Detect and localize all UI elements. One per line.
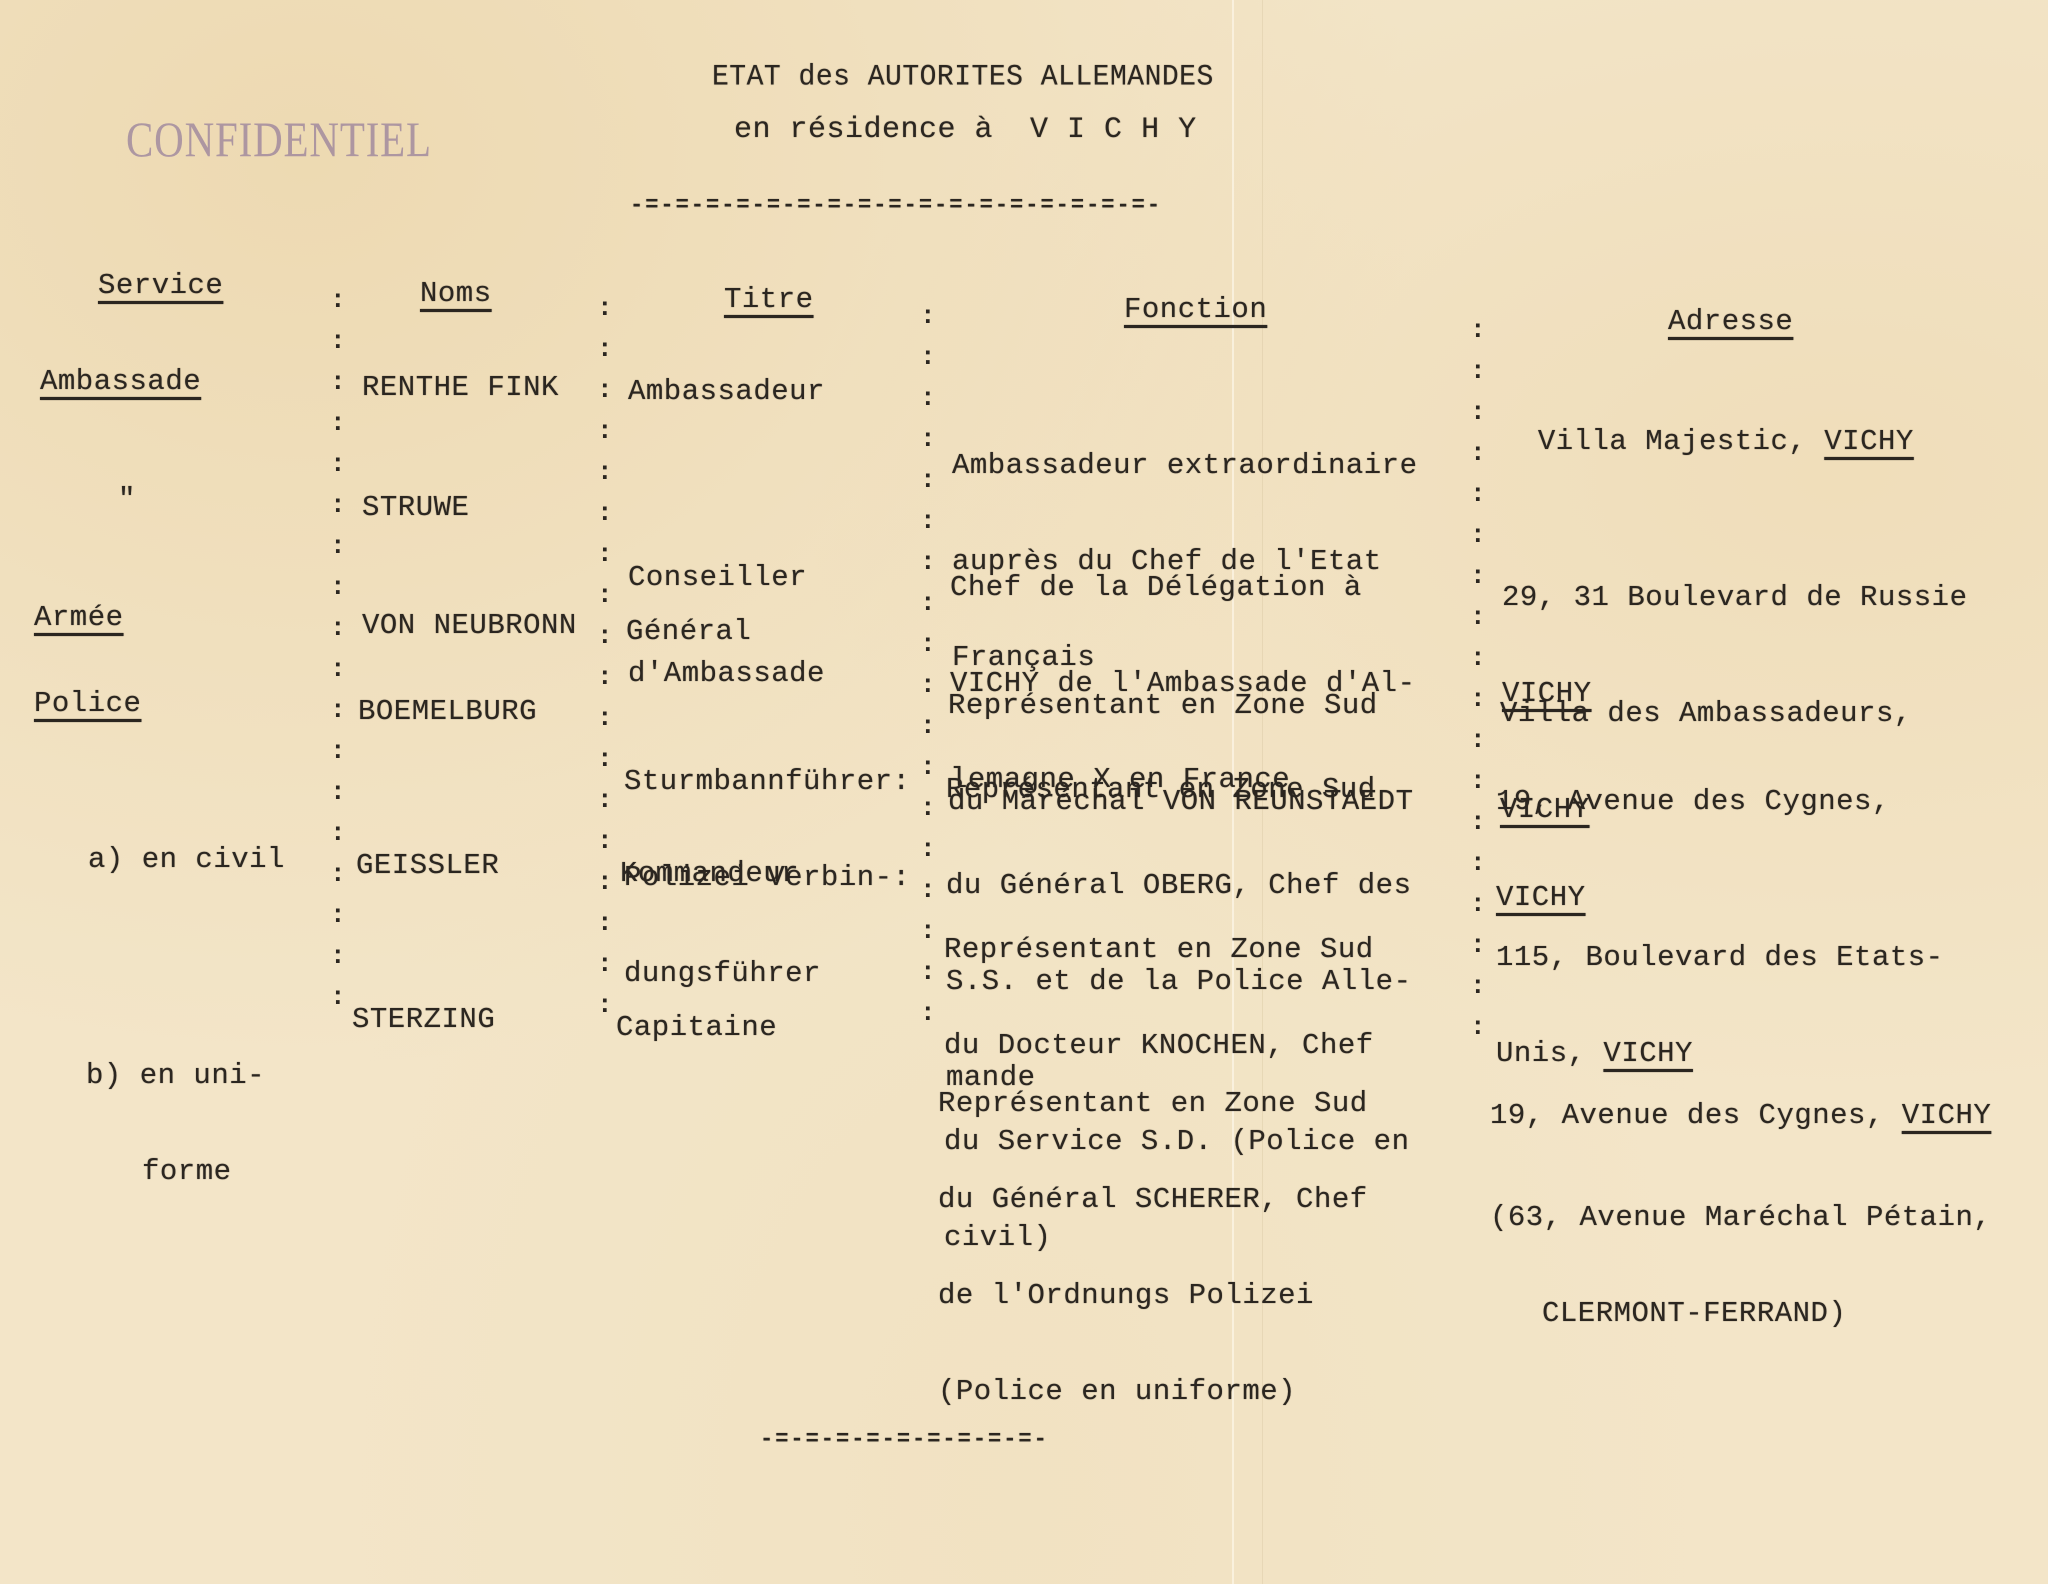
separator-dot: :: [597, 575, 607, 616]
nom-von-neubronn: VON NEUBRONN: [362, 610, 577, 642]
title-line-1: ETAT des AUTORITES ALLEMANDES: [712, 61, 1214, 95]
service-police: Police: [34, 688, 141, 720]
separator-dot: :: [597, 657, 607, 698]
separator-dot: :: [330, 977, 340, 1018]
separator-dot: :: [597, 411, 607, 452]
separator-dot: :: [597, 739, 607, 780]
separator-dot: :: [1470, 966, 1480, 1007]
separator-dot: :: [330, 526, 340, 567]
separator-dot: :: [330, 772, 340, 813]
separator-dot: :: [920, 911, 930, 952]
separator-dot: :: [330, 690, 340, 731]
separator-dot: :: [920, 501, 930, 542]
separator-dot: :: [597, 616, 607, 657]
separator-dot: :: [920, 624, 930, 665]
nom-renthe-fink: RENTHE FINK: [362, 372, 559, 404]
separator-dot: :: [920, 296, 930, 337]
separator-dot: :: [1470, 720, 1480, 761]
separator-dot: :: [330, 731, 340, 772]
confidential-stamp: CONFIDENTIEL: [126, 110, 432, 168]
header-fonction: Fonction: [1124, 294, 1267, 326]
column-separator-2: ::::::::::::::::::: [597, 288, 607, 1026]
separator-dot: :: [597, 821, 607, 862]
nom-boemelburg: BOEMELBURG: [358, 696, 537, 728]
separator-dot: :: [1470, 761, 1480, 802]
separator-dot: :: [330, 649, 340, 690]
separator-dot: :: [597, 780, 607, 821]
separator-dot: :: [330, 321, 340, 362]
nom-struwe: STRUWE: [362, 492, 469, 524]
separator-dot: :: [597, 985, 607, 1026]
separator-dot: :: [920, 993, 930, 1034]
separator-dot: :: [330, 362, 340, 403]
titre-row-6: Capitaine: [616, 1012, 777, 1044]
bottom-rule: -=-=-=-=-=-=-=-=-=-: [760, 1424, 1049, 1456]
nom-geissler: GEISSLER: [356, 850, 499, 882]
separator-dot: :: [920, 419, 930, 460]
separator-dot: :: [330, 895, 340, 936]
city-vichy: VICHY: [1824, 425, 1914, 458]
service-ambassade: Ambassade: [40, 366, 201, 398]
separator-dot: :: [597, 944, 607, 985]
separator-dot: :: [1470, 392, 1480, 433]
separator-dot: :: [920, 829, 930, 870]
header-noms: Noms: [420, 278, 492, 310]
separator-dot: :: [330, 854, 340, 895]
titre-row-3: Général: [626, 616, 751, 648]
separator-dot: :: [1470, 556, 1480, 597]
separator-dot: :: [597, 329, 607, 370]
separator-dot: :: [330, 567, 340, 608]
separator-dot: :: [920, 337, 930, 378]
separator-dot: :: [597, 903, 607, 944]
separator-dot: :: [1470, 474, 1480, 515]
titre-row-1: Ambassadeur: [628, 376, 825, 408]
service-en-uniforme: b) en uni- forme: [86, 996, 265, 1220]
header-service: Service: [98, 270, 223, 302]
separator-dot: :: [330, 608, 340, 649]
header-adresse: Adresse: [1668, 306, 1793, 338]
separator-dot: :: [1470, 843, 1480, 884]
separator-dot: :: [330, 813, 340, 854]
column-separator-4: ::::::::::::::::::: [1470, 310, 1480, 1048]
separator-dot: :: [597, 862, 607, 903]
separator-dot: :: [920, 747, 930, 788]
separator-dot: :: [330, 403, 340, 444]
separator-dot: :: [597, 452, 607, 493]
separator-dot: :: [1470, 1007, 1480, 1048]
separator-dot: :: [1470, 802, 1480, 843]
separator-dot: :: [920, 952, 930, 993]
column-separator-3: ::::::::::::::::::: [920, 296, 930, 1034]
separator-dot: :: [920, 583, 930, 624]
title-line-2: en résidence à V I C H Y: [734, 114, 1197, 146]
separator-dot: :: [597, 698, 607, 739]
separator-dot: :: [920, 665, 930, 706]
separator-dot: :: [920, 870, 930, 911]
separator-dot: :: [920, 460, 930, 501]
separator-dot: :: [1470, 310, 1480, 351]
separator-dot: :: [597, 370, 607, 411]
separator-dot: :: [597, 534, 607, 575]
titre-row-5: Kommandeur: [620, 858, 799, 890]
separator-dot: :: [1470, 638, 1480, 679]
separator-dot: :: [920, 542, 930, 583]
separator-dot: :: [1470, 351, 1480, 392]
adresse-row-6: 19, Avenue des Cygnes, VICHY (63, Avenue…: [1490, 1036, 1991, 1362]
separator-dot: :: [1470, 515, 1480, 556]
separator-dot: :: [1470, 884, 1480, 925]
separator-dot: :: [920, 378, 930, 419]
service-en-civil: a) en civil: [88, 844, 285, 876]
nom-sterzing: STERZING: [352, 1004, 495, 1036]
service-armee: Armée: [34, 602, 124, 634]
separator-dot: :: [1470, 597, 1480, 638]
header-titre: Titre: [724, 284, 814, 316]
top-rule: -=-=-=-=-=-=-=-=-=-=-=-=-=-=-=-=-=-: [630, 190, 1162, 222]
separator-dot: :: [1470, 433, 1480, 474]
service-ditto: ": [118, 484, 136, 516]
separator-dot: :: [330, 485, 340, 526]
separator-dot: :: [920, 788, 930, 829]
separator-dot: :: [597, 288, 607, 329]
separator-dot: :: [597, 493, 607, 534]
titre-row-2: Conseiller d'Ambassade: [628, 498, 825, 722]
separator-dot: :: [330, 936, 340, 977]
fonction-row-6: Représentant en Zone Sud du Général SCHE…: [938, 1024, 1368, 1440]
adresse-row-1: Villa Majestic, VICHY: [1502, 394, 1914, 458]
separator-dot: :: [330, 280, 340, 321]
separator-dot: :: [1470, 925, 1480, 966]
separator-dot: :: [1470, 679, 1480, 720]
separator-dot: :: [920, 706, 930, 747]
city-vichy: VICHY: [1902, 1099, 1992, 1132]
column-separator-1: ::::::::::::::::::: [330, 280, 340, 1018]
separator-dot: :: [330, 444, 340, 485]
